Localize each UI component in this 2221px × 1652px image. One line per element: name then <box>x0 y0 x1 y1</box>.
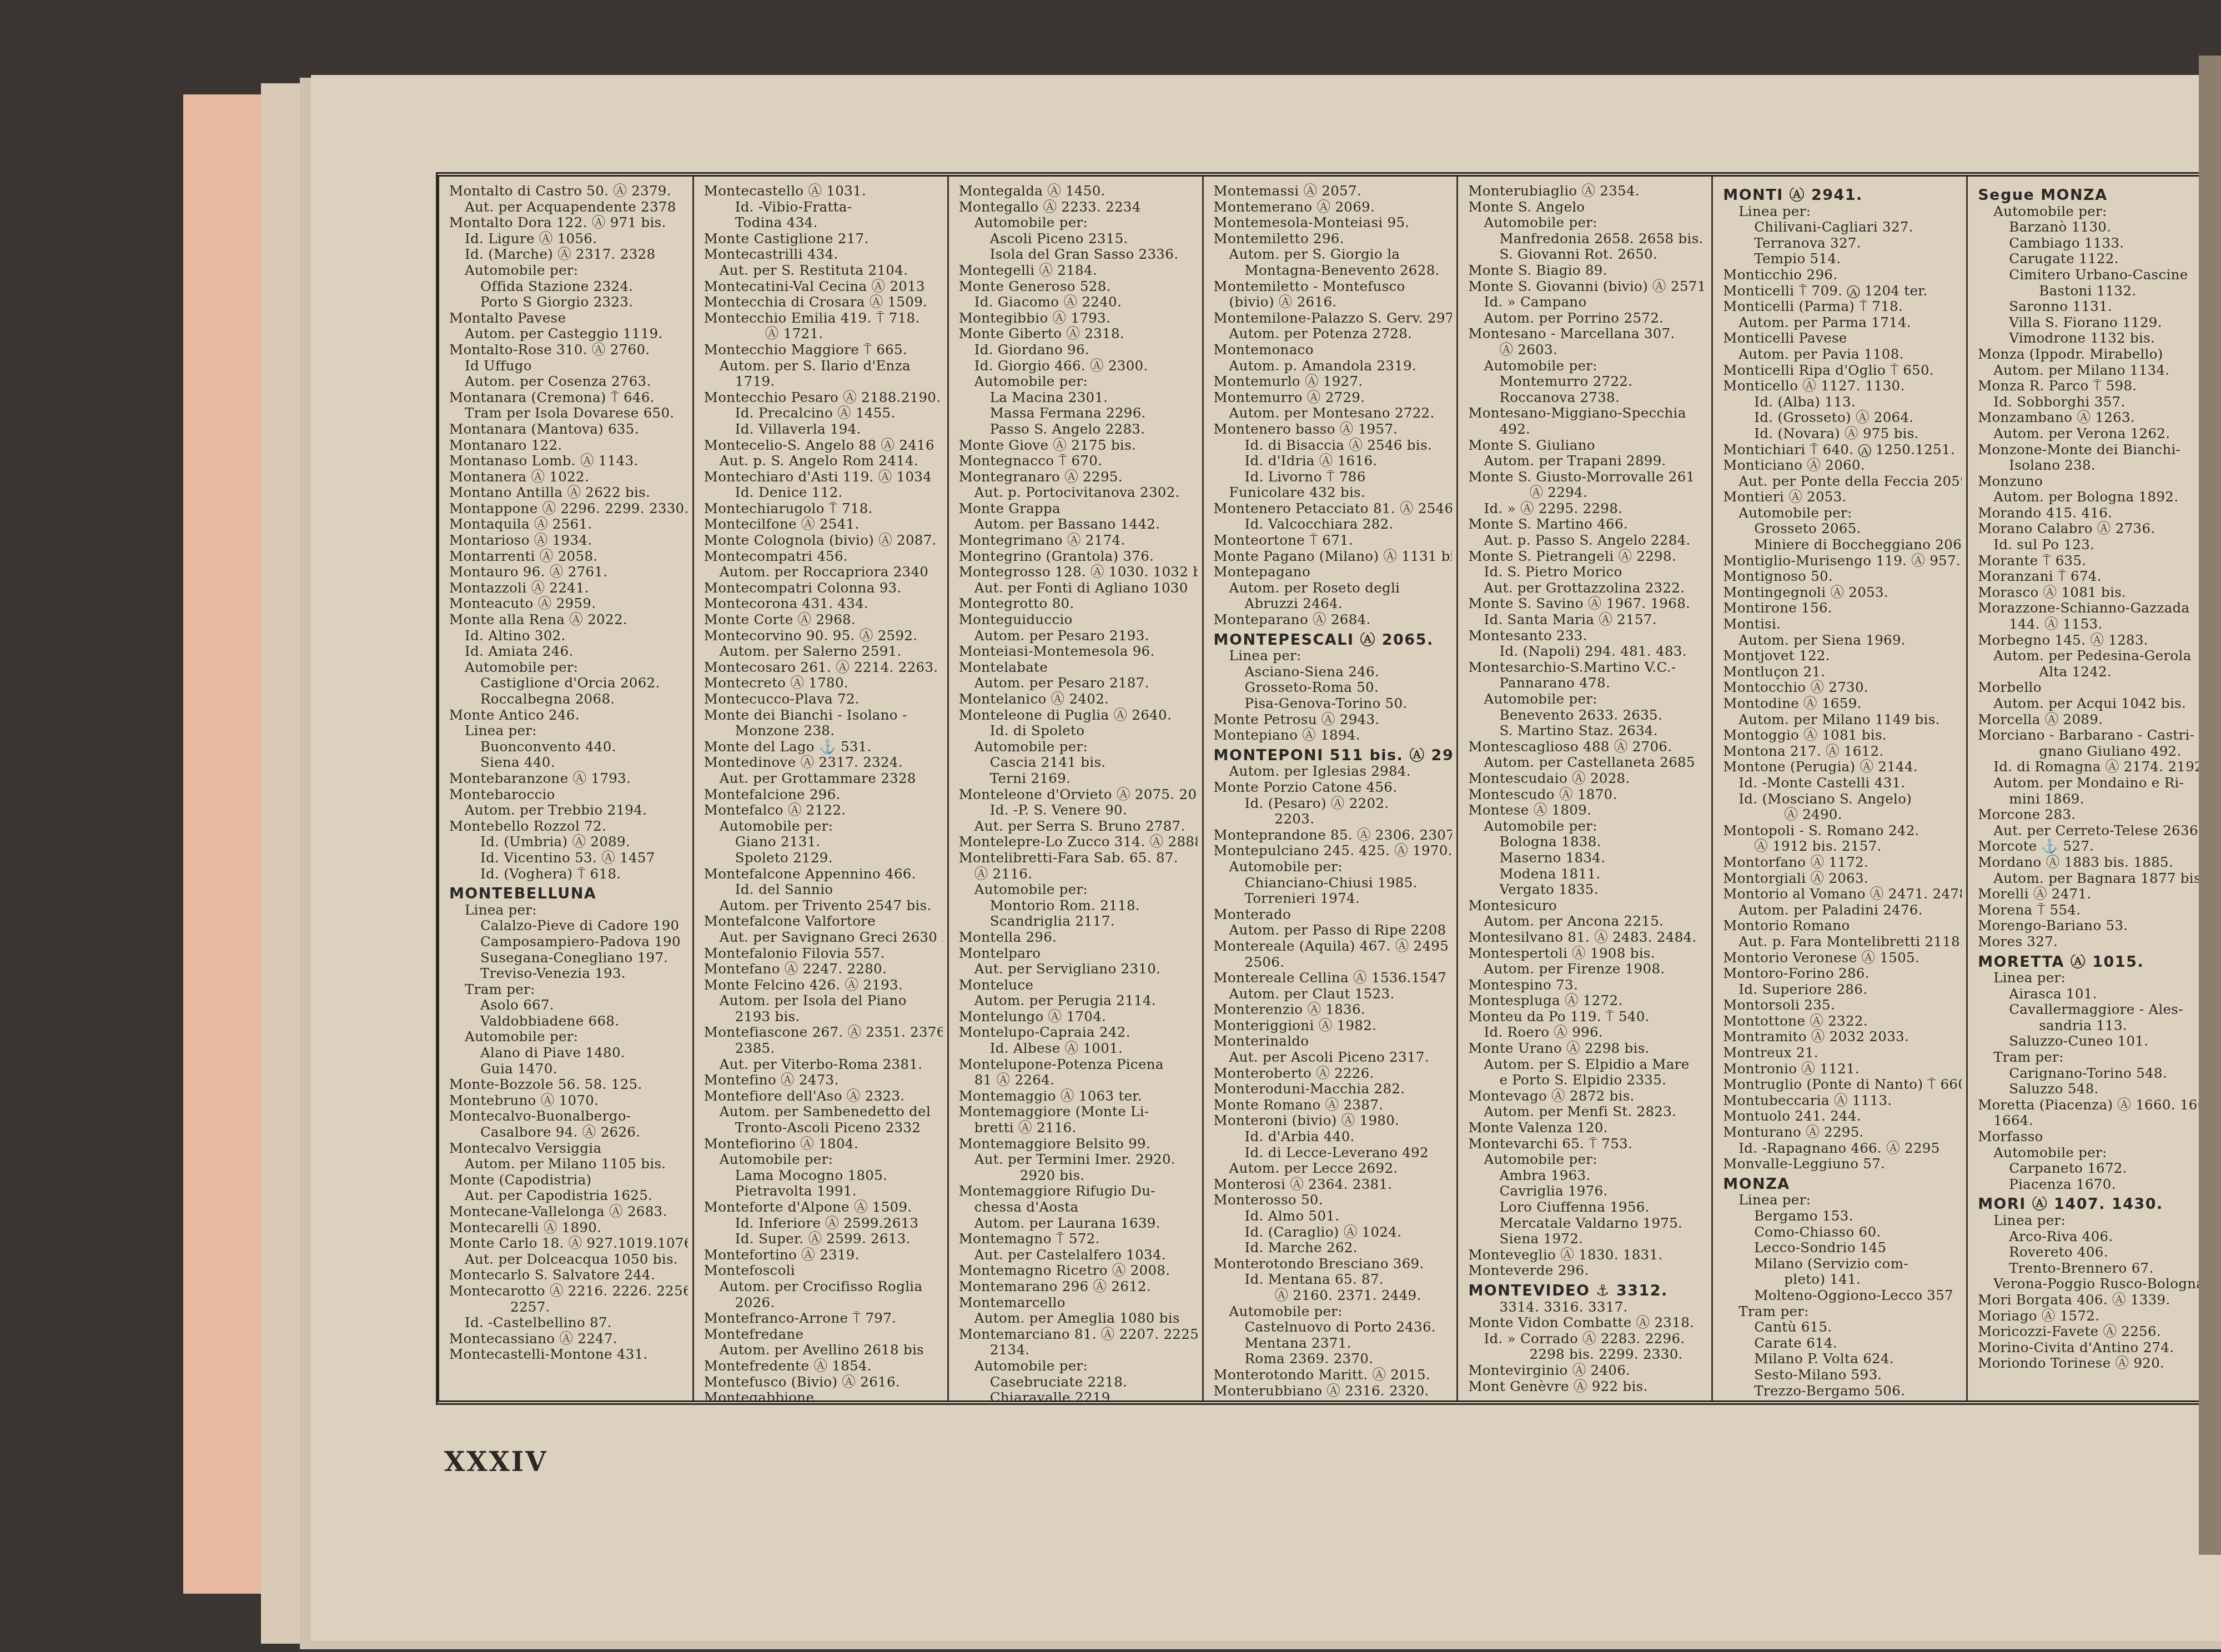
index-entry: Monte (Capodistria) <box>449 1172 688 1188</box>
index-entry: Montronio Ⓐ 1121. <box>1723 1061 1962 1077</box>
index-entry: Castelnuovo di Porto 2436. <box>1214 1319 1453 1335</box>
index-entry: S. Martino Staz. 2634. <box>1468 723 1707 739</box>
index-entry: Aut. per Fonti di Agliano 1030 <box>959 580 1198 596</box>
index-entry: Automobile per: <box>1468 358 1707 374</box>
index-entry: Aut. per Savignano Greci 2630 bis. <box>704 930 943 946</box>
index-entry: e Porto S. Elpidio 2335. <box>1468 1072 1707 1088</box>
index-entry: Abruzzi 2464. <box>1214 596 1453 612</box>
index-entry: Cavriglia 1976. <box>1468 1183 1707 1199</box>
index-entry: Montecchia di Crosara Ⓐ 1509. <box>704 294 943 310</box>
index-entry: Montecelio-S. Angelo 88 Ⓐ 2416 <box>704 438 943 454</box>
index-entry: Automobile per: <box>449 660 688 676</box>
index-entry: Aut. per Ascoli Piceno 2317. <box>1214 1050 1453 1066</box>
index-entry: Montecosaro 261. Ⓐ 2214. 2263. <box>704 660 943 676</box>
index-entry: Montalto-Rose 310. Ⓐ 2760. <box>449 342 688 358</box>
index-entry: Montazzoli Ⓐ 2241. <box>449 580 688 596</box>
index-entry: Autom. per Salerno 2591. <box>704 644 943 660</box>
index-entry: Mori Borgata 406. Ⓐ 1339. <box>1978 1292 2217 1308</box>
index-entry: Montelabate <box>959 660 1198 676</box>
index-column-2: Montecastello Ⓐ 1031.Id. -Vibio-Fratta-T… <box>694 177 949 1400</box>
index-entry: Roccalbegna 2068. <box>449 691 688 707</box>
index-entry: Monte Carlo 18. Ⓐ 927.1019.1076 <box>449 1236 688 1252</box>
index-entry: Montagna-Benevento 2628. <box>1214 263 1453 279</box>
index-entry: Montescudo Ⓐ 1870. <box>1468 787 1707 803</box>
index-entry: Moretta (Piacenza) Ⓐ 1660. 1662. <box>1978 1097 2217 1113</box>
index-entry: Monte Porzio Catone 456. <box>1214 780 1453 796</box>
index-entry: Montignoso 50. <box>1723 569 1962 585</box>
index-entry: Montemiletto 296. <box>1214 231 1453 247</box>
index-entry: Montecorvino 90. 95. Ⓐ 2592. <box>704 628 943 644</box>
index-entry: Morcote ⚓ 527. <box>1978 838 2217 855</box>
index-entry: Montefalco Ⓐ 2122. <box>704 802 943 819</box>
index-entry: Aut. per Grottammare 2328 <box>704 771 943 787</box>
index-heading: MONTI Ⓐ 2941. <box>1723 188 1962 204</box>
index-entry: Automobile per: <box>449 263 688 279</box>
index-entry: Monte S. Giovanni (bivio) Ⓐ 2571 <box>1468 279 1707 295</box>
index-entry: Camposampiero-Padova 190 <box>449 934 688 950</box>
index-entry: Autom. per Firenze 1908. <box>1468 961 1707 977</box>
index-entry: Pisa-Genova-Torino 50. <box>1214 696 1453 712</box>
index-entry: Montemagno Ricetro Ⓐ 2008. <box>959 1263 1198 1279</box>
index-entry: Morelli Ⓐ 2471. <box>1978 886 2217 902</box>
index-entry: Id. Super. Ⓐ 2599. 2613. <box>704 1231 943 1247</box>
index-entry: Morbello <box>1978 680 2217 696</box>
index-entry: Pannarano 478. <box>1468 675 1707 691</box>
index-heading: Segue MONZA <box>1978 188 2217 204</box>
index-entry: Montesarchio-S.Martino V.C.- <box>1468 660 1707 676</box>
index-entry: Autom. per Montesano 2722. <box>1214 405 1453 421</box>
index-entry: Monte Urano Ⓐ 2298 bis. <box>1468 1041 1707 1057</box>
index-entry: Monteriggioni Ⓐ 1982. <box>1214 1018 1453 1034</box>
index-entry: Morbegno 145. Ⓐ 1283. <box>1978 632 2217 649</box>
index-entry: Montelungo Ⓐ 1704. <box>959 1009 1198 1025</box>
index-entry: Montepiano Ⓐ 1894. <box>1214 727 1453 744</box>
index-entry: Autom. per Milano 1105 bis. <box>449 1156 688 1172</box>
index-entry: Montelupone-Potenza Picena <box>959 1057 1198 1073</box>
index-entry: Montespino 73. <box>1468 977 1707 993</box>
index-entry: 81 Ⓐ 2264. <box>959 1072 1198 1088</box>
index-entry: Monticelli Pavese <box>1723 330 1962 347</box>
index-entry: Scandriglia 2117. <box>959 913 1198 930</box>
index-entry: Monte Romano Ⓐ 2387. <box>1214 1097 1453 1113</box>
index-entry: Montenero basso Ⓐ 1957. <box>1214 421 1453 438</box>
index-entry: Automobile per: <box>959 882 1198 898</box>
index-entry: Monteacuto Ⓐ 2959. <box>449 596 688 612</box>
index-entry: Monteleone d'Orvieto Ⓐ 2075. 2097 <box>959 787 1198 803</box>
index-entry: Id. Giorgio 466. Ⓐ 2300. <box>959 358 1198 374</box>
index-entry: Chilivani-Cagliari 327. <box>1723 219 1962 235</box>
index-entry: Cascia 2141 bis. <box>959 755 1198 771</box>
index-entry: 2257. <box>449 1299 688 1315</box>
index-entry: Vimodrone 1132 bis. <box>1978 330 2217 347</box>
index-entry: Loro Ciuffenna 1956. <box>1468 1199 1707 1216</box>
index-entry: Autom. per Mondaino e Ri- <box>1978 775 2217 791</box>
index-entry: S. Giovanni Rot. 2650. <box>1468 247 1707 263</box>
index-entry: Autom. per Verona 1262. <box>1978 426 2217 442</box>
index-entry: Montefiore dell'Aso Ⓐ 2323. <box>704 1088 943 1104</box>
index-entry: Montoro-Forino 286. <box>1723 966 1962 982</box>
index-entry: Morena ⍑ 554. <box>1978 902 2217 918</box>
index-entry: Montemarciano 81. Ⓐ 2207. 2225. <box>959 1327 1198 1343</box>
index-entry: Automobile per: <box>449 1029 688 1045</box>
index-heading: MONTEPESCALI Ⓐ 2065. <box>1214 632 1453 649</box>
index-entry: Villa S. Fiorano 1129. <box>1978 315 2217 331</box>
index-entry: Milano (Servizio com- <box>1723 1256 1962 1272</box>
index-entry: Aut. per Servigliano 2310. <box>959 961 1198 977</box>
index-entry: Monteroni (bivio) Ⓐ 1980. <box>1214 1113 1453 1129</box>
index-entry: Carpaneto 1672. <box>1978 1161 2217 1177</box>
index-entry: Montegnacco ⍑ 670. <box>959 453 1198 469</box>
index-entry: Monza R. Parco ⍑ 598. <box>1978 378 2217 394</box>
index-entry: Montedinove Ⓐ 2317. 2324. <box>704 755 943 771</box>
index-entry: Montanara (Cremona) ⍑ 646. <box>449 390 688 406</box>
index-entry: Monterosi Ⓐ 2364. 2381. <box>1214 1177 1453 1193</box>
index-entry: Id. » Corrado Ⓐ 2283. 2296. <box>1468 1331 1707 1347</box>
index-entry: Id. Albese Ⓐ 1001. <box>959 1041 1198 1057</box>
index-entry: Monte Pagano (Milano) Ⓐ 1131 bis <box>1214 549 1453 565</box>
index-entry: La Macina 2301. <box>959 390 1198 406</box>
index-entry: Montemerano Ⓐ 2069. <box>1214 199 1453 215</box>
index-entry: Id. Livorno ⍑ 786 <box>1214 469 1453 485</box>
index-entry: Montorsoli 235. <box>1723 997 1962 1013</box>
index-entry: Monte Giberto Ⓐ 2318. <box>959 326 1198 342</box>
index-entry: Montereale Cellina Ⓐ 1536.1547 <box>1214 970 1453 986</box>
index-entry: Montefredane <box>704 1327 943 1343</box>
index-entry: Montecassiano Ⓐ 2247. <box>449 1331 688 1347</box>
index-entry: 2920 bis. <box>959 1168 1198 1184</box>
index-entry: Moricozzi-Favete Ⓐ 2256. <box>1978 1324 2217 1340</box>
index-entry: Montecucco-Plava 72. <box>704 691 943 707</box>
index-entry: Id. (Pesaro) Ⓐ 2202. <box>1214 796 1453 812</box>
index-entry: Tram per: <box>449 982 688 998</box>
index-column-6: MONTI Ⓐ 2941.Linea per:Chilivani-Cagliar… <box>1713 177 1968 1400</box>
index-entry: Montodine Ⓐ 1659. <box>1723 696 1962 712</box>
index-entry: Cimitero Urbano-Cascine <box>1978 267 2217 283</box>
index-entry: Benevento 2633. 2635. <box>1468 707 1707 724</box>
index-entry: Morasco Ⓐ 1081 bis. <box>1978 585 2217 601</box>
index-entry: Montese Ⓐ 1809. <box>1468 802 1707 819</box>
index-entry: Aut. per Acquapendente 2378 <box>449 199 688 215</box>
index-entry: Castiglione d'Orcia 2062. <box>449 675 688 691</box>
index-entry: Montecalvo Versiggia <box>449 1141 688 1157</box>
index-entry: Monzuno <box>1978 474 2217 490</box>
index-entry: Id. Santa Maria Ⓐ 2157. <box>1468 612 1707 628</box>
index-entry: Id. (Grosseto) Ⓐ 2064. <box>1723 410 1962 426</box>
index-entry: Siena 1972. <box>1468 1231 1707 1247</box>
index-entry: Linea per: <box>1723 204 1962 220</box>
index-entry: Autom. per Passo di Ripe 2208 <box>1214 922 1453 938</box>
index-entry: Montruglio (Ponte di Nanto) ⍑ 660. <box>1723 1077 1962 1093</box>
index-entry: Grosseto-Roma 50. <box>1214 680 1453 696</box>
index-entry: Monzone 238. <box>704 723 943 739</box>
index-entry: Monterado <box>1214 907 1453 923</box>
index-entry: Montieri Ⓐ 2053. <box>1723 489 1962 505</box>
index-entry: Id. di Spoleto <box>959 723 1198 739</box>
index-entry: Montecastello Ⓐ 1031. <box>704 183 943 199</box>
index-entry: Saluzzo-Cuneo 101. <box>1978 1033 2217 1050</box>
index-entry: Montereale (Aquila) 467. Ⓐ 2495 <box>1214 938 1453 955</box>
index-entry: Autom. per Avellino 2618 bis <box>704 1342 943 1358</box>
index-entry: Montauro 96. Ⓐ 2761. <box>449 564 688 580</box>
index-entry: Mores 327. <box>1978 934 2217 950</box>
index-entry: Montanera Ⓐ 1022. <box>449 469 688 485</box>
index-entry: Trento-Brennero 67. <box>1978 1261 2217 1277</box>
index-entry: Montorgiali Ⓐ 2063. <box>1723 871 1962 887</box>
index-entry: Id Uffugo <box>449 358 688 374</box>
index-entry: Autom. per Parma 1714. <box>1723 315 1962 331</box>
index-entry: Automobile per: <box>1468 1152 1707 1168</box>
index-entry: Autom. per Trivento 2547 bis. <box>704 898 943 914</box>
index-entry: Como-Chiasso 60. <box>1723 1224 1962 1241</box>
index-entry: Automobile per: <box>704 819 943 835</box>
index-entry: Montecreto Ⓐ 1780. <box>704 675 943 691</box>
index-entry: Lecco-Sondrio 145 <box>1723 1240 1962 1256</box>
index-entry: Linea per: <box>1978 1213 2217 1229</box>
index-entry: Aut. p. Fara Montelibretti 2118. <box>1723 934 1962 950</box>
index-entry: Montorio Veronese Ⓐ 1505. <box>1723 950 1962 966</box>
index-entry: Monteroberto Ⓐ 2226. <box>1214 1066 1453 1082</box>
index-entry: Milano P. Volta 624. <box>1723 1351 1962 1367</box>
index-entry: Airasca 101. <box>1978 986 2217 1002</box>
index-entry: Montecalvo-Buonalbergo- <box>449 1108 688 1124</box>
index-entry: Montemiletto - Montefusco <box>1214 279 1453 295</box>
index-entry: Montegrino (Grantola) 376. <box>959 549 1198 565</box>
index-entry: Aut. per Termini Imer. 2920. <box>959 1152 1198 1168</box>
index-entry: Montocchio Ⓐ 2730. <box>1723 680 1962 696</box>
index-entry: Ⓐ 2116. <box>959 866 1198 882</box>
index-entry: Id. di Bisaccia Ⓐ 2546 bis. <box>1214 438 1453 454</box>
index-entry: Montesano - Marcellana 307. <box>1468 326 1707 342</box>
index-entry: Monticelli Ripa d'Oglio ⍑ 650. <box>1723 363 1962 379</box>
index-entry: Monterubiaglio Ⓐ 2354. <box>1468 183 1707 199</box>
index-entry: 144. Ⓐ 1153. <box>1978 616 2217 632</box>
index-entry: Monte S. Biagio 89. <box>1468 263 1707 279</box>
index-entry: Ⓐ 2490. <box>1723 807 1962 823</box>
index-entry: Saluzzo 548. <box>1978 1081 2217 1097</box>
index-entry: Monzone-Monte dei Bianchi- <box>1978 442 2217 458</box>
index-entry: Vergato 1835. <box>1468 882 1707 898</box>
index-entry: Montefiorino Ⓐ 1804. <box>704 1136 943 1152</box>
index-entry: Montalto Dora 122. Ⓐ 971 bis. <box>449 215 688 231</box>
index-entry: Id. sul Po 123. <box>1978 537 2217 553</box>
index-entry: Montanara (Mantova) 635. <box>449 421 688 438</box>
index-entry: Cantù 615. <box>1723 1319 1962 1335</box>
index-frame: Montalto di Castro 50. Ⓐ 2379.Aut. per A… <box>436 172 2221 1405</box>
index-entry: Montevarchi 65. ⍑ 753. <box>1468 1136 1707 1152</box>
index-entry: Linea per: <box>1214 648 1453 664</box>
index-entry: Montepulciano 245. 425. Ⓐ 1970. <box>1214 843 1453 859</box>
index-entry: Autom. per Roccapriora 2340 <box>704 564 943 580</box>
index-entry: Id. » Campano <box>1468 294 1707 310</box>
index-entry: Isolano 238. <box>1978 458 2217 474</box>
index-entry: Tram per: <box>1723 1304 1962 1320</box>
index-entry: Montecatini-Val Cecina Ⓐ 2013 <box>704 279 943 295</box>
index-entry: Barzanò 1130. <box>1978 219 2217 235</box>
index-entry: Automobile per: <box>1214 1304 1453 1320</box>
index-entry: Bergamo 153. <box>1723 1208 1962 1224</box>
index-entry: Autom. per Acqui 1042 bis. <box>1978 696 2217 712</box>
index-entry: Montottone Ⓐ 2322. <box>1723 1013 1962 1030</box>
index-entry: Autom. per Casteggio 1119. <box>449 326 688 342</box>
index-entry: 1719. <box>704 374 943 390</box>
index-entry: Id. -Monte Castelli 431. <box>1723 775 1962 791</box>
index-entry: 2298 bis. 2299. 2330. <box>1468 1347 1707 1363</box>
index-entry: Monteveglio Ⓐ 1830. 1831. <box>1468 1247 1707 1263</box>
index-entry: Monte Castiglione 217. <box>704 231 943 247</box>
index-heading: MONTEPONI 511 bis. Ⓐ 2983. <box>1214 748 1453 764</box>
index-entry: Morciano - Barbarano - Castri- <box>1978 727 2217 744</box>
index-entry: Monteguiduccio <box>959 612 1198 628</box>
index-entry: gnano Giuliano 492. <box>1978 744 2217 760</box>
index-entry: Tram per Isola Dovarese 650. <box>449 405 688 421</box>
index-entry: Monticello Ⓐ 1127. 1130. <box>1723 378 1962 394</box>
index-entry: Autom. per Pesaro 2187. <box>959 675 1198 691</box>
index-entry: Autom. per Paladini 2476. <box>1723 902 1962 918</box>
index-entry: Montanaro 122. <box>449 438 688 454</box>
index-entry: Alta 1242. <box>1978 664 2217 680</box>
index-entry: Treviso-Venezia 193. <box>449 966 688 982</box>
index-entry: Montecompatri 456. <box>704 549 943 565</box>
index-entry: Montecane-Vallelonga Ⓐ 2683. <box>449 1204 688 1220</box>
index-entry: Monte Vidon Combatte Ⓐ 2318. <box>1468 1315 1707 1331</box>
index-entry: Montepagano <box>1214 564 1453 580</box>
index-entry: Rovereto 406. <box>1978 1244 2217 1261</box>
index-entry: Montegallo Ⓐ 2233. 2234 <box>959 199 1198 215</box>
index-entry: Id. (Voghera) ⍑ 618. <box>449 866 688 882</box>
index-entry: Offida Stazione 2324. <box>449 279 688 295</box>
index-entry: Id. (Alba) 113. <box>1723 394 1962 410</box>
index-entry: Funicolare 432 bis. <box>1214 485 1453 501</box>
index-entry: Id. Altino 302. <box>449 628 688 644</box>
index-entry: Ambra 1963. <box>1468 1168 1707 1184</box>
index-entry: Chiaravalle 2219. <box>959 1390 1198 1400</box>
index-entry: Autom. per S. Giorgio la <box>1214 247 1453 263</box>
index-entry: Chianciano-Chiusi 1985. <box>1214 875 1453 891</box>
index-entry: Monteforte d'Alpone Ⓐ 1509. <box>704 1199 943 1216</box>
index-entry: Valdobbiadene 668. <box>449 1013 688 1030</box>
index-entry: Trezzo-Bergamo 506. <box>1723 1383 1962 1399</box>
index-entry: Montemilone-Palazzo S. Gerv. 297 <box>1214 310 1453 327</box>
index-entry: Automobile per: <box>1978 1145 2217 1161</box>
index-entry: Monte Generoso 528. <box>959 279 1198 295</box>
index-entry: Autom. per Castellaneta 2685 <box>1468 755 1707 771</box>
index-entry: Autom. per S. Elpidio a Mare <box>1468 1057 1707 1073</box>
index-entry: Aut. p. S. Angelo Rom 2414. <box>704 453 943 469</box>
index-entry: Monvalle-Leggiuno 57. <box>1723 1156 1962 1172</box>
index-entry: Id. Almo 501. <box>1214 1208 1453 1224</box>
index-entry: Mentana 2371. <box>1214 1335 1453 1352</box>
index-entry: Autom. per Crocifisso Roglia <box>704 1279 943 1295</box>
index-entry: Montescaglioso 488 Ⓐ 2706. <box>1468 739 1707 755</box>
index-entry: Montecarelli Ⓐ 1890. <box>449 1220 688 1236</box>
index-entry: Autom. per Lecce 2692. <box>1214 1161 1453 1177</box>
index-entry: Ⓐ 1912 bis. 2157. <box>1723 838 1962 855</box>
index-entry: Montefiascone 267. Ⓐ 2351. 2376. <box>704 1025 943 1041</box>
index-entry: Montecompatri Colonna 93. <box>704 580 943 596</box>
index-entry: Id. d'Idria Ⓐ 1616. <box>1214 453 1453 469</box>
index-entry: Montjovet 122. <box>1723 648 1962 664</box>
index-entry: Monteverde 296. <box>1468 1263 1707 1279</box>
index-entry: Montanaso Lomb. Ⓐ 1143. <box>449 453 688 469</box>
index-entry: Montecchio Emilia 419. ⍑ 718. <box>704 310 943 327</box>
index-entry: Montingegnoli Ⓐ 2053. <box>1723 585 1962 601</box>
index-entry: Aut. per Dolceacqua 1050 bis. <box>449 1252 688 1268</box>
index-entry: Montesilvano 81. Ⓐ 2483. 2484. <box>1468 930 1707 946</box>
index-entry: Montegrotto 80. <box>959 596 1198 612</box>
index-entry: Monteleone di Puglia Ⓐ 2640. <box>959 707 1198 724</box>
index-entry: Autom. per Pedesina-Gerola <box>1978 648 2217 664</box>
index-entry: Giano 2131. <box>704 834 943 850</box>
index-entry: Id. Giordano 96. <box>959 342 1198 358</box>
index-entry: Id. S. Pietro Morico <box>1468 564 1707 580</box>
index-entry: Id. Superiore 286. <box>1723 982 1962 998</box>
index-entry: Spoleto 2129. <box>704 850 943 866</box>
index-entry: Automobile per: <box>704 1152 943 1168</box>
index-entry: Monte Petrosu Ⓐ 2943. <box>1214 712 1453 728</box>
index-entry: Alano di Piave 1480. <box>449 1045 688 1061</box>
index-entry: Montichiari ⍑ 640. Ⓐ 1250.1251. <box>1723 442 1962 458</box>
index-entry: Autom. per Cosenza 2763. <box>449 374 688 390</box>
index-entry: Id. Precalcino Ⓐ 1455. <box>704 405 943 421</box>
index-entry: Id. » Ⓐ 2295. 2298. <box>1468 501 1707 517</box>
index-entry: Mont Genèvre Ⓐ 922 bis. <box>1468 1379 1707 1395</box>
index-entry: Modena 1811. <box>1468 866 1707 882</box>
index-entry: Aut. per Grottazzolina 2322. <box>1468 580 1707 596</box>
index-entry: Monte dei Bianchi - Isolano - <box>704 707 943 724</box>
index-entry: Montebaroccio <box>449 787 688 803</box>
index-entry: Montorfano Ⓐ 1172. <box>1723 855 1962 871</box>
index-entry: Montemonaco <box>1214 342 1453 358</box>
index-entry: Montegalda Ⓐ 1450. <box>959 183 1198 199</box>
index-entry: Montalto Pavese <box>449 310 688 327</box>
index-entry: Cavallermaggiore - Ales- <box>1978 1002 2217 1018</box>
index-entry: Guia 1470. <box>449 1061 688 1077</box>
index-entry: Montelparo <box>959 946 1198 962</box>
book-edge <box>2199 56 2221 1555</box>
index-entry: Roma 2369. 2370. <box>1214 1351 1453 1367</box>
index-entry: Id. (Marche) Ⓐ 2317. 2328 <box>449 247 688 263</box>
index-entry: Monticelli ⍑ 709. Ⓐ 1204 ter. <box>1723 283 1962 299</box>
index-entry: Id. Denice 112. <box>704 485 943 501</box>
index-entry: Montelupo-Capraia 242. <box>959 1025 1198 1041</box>
index-entry: Montefalcone Appennino 466. <box>704 866 943 882</box>
index-entry: Montebello Rozzol 72. <box>449 819 688 835</box>
index-entry: Id. (Caraglio) Ⓐ 1024. <box>1214 1224 1453 1241</box>
index-entry: Linea per: <box>449 723 688 739</box>
index-entry: 3314. 3316. 3317. <box>1468 1299 1707 1315</box>
index-entry: Lama Mocogno 1805. <box>704 1168 943 1184</box>
index-entry: Todina 434. <box>704 215 943 231</box>
index-entry: Monteortone ⍑ 671. <box>1214 533 1453 549</box>
index-entry: Id. Sobborghi 357. <box>1978 394 2217 410</box>
index-entry: Montevirginio Ⓐ 2406. <box>1468 1363 1707 1379</box>
index-entry: Aut. per Serra S. Bruno 2787. <box>959 819 1198 835</box>
index-entry: Miniere di Boccheggiano 2066. <box>1723 537 1962 553</box>
index-entry: Montemassi Ⓐ 2057. <box>1214 183 1453 199</box>
index-entry: Terranova 327. <box>1723 235 1962 252</box>
index-entry: Tram per: <box>1978 1050 2217 1066</box>
index-entry: Id. Amiata 246. <box>449 644 688 660</box>
index-entry: Montegrosso 128. Ⓐ 1030. 1032 bis <box>959 564 1198 580</box>
index-entry: Saronno 1131. <box>1978 299 2217 315</box>
index-entry: Id. (Umbria) Ⓐ 2089. <box>449 834 688 850</box>
index-entry: Montesanto 233. <box>1468 628 1707 644</box>
index-entry: Autom. per Milano 1149 bis. <box>1723 712 1962 728</box>
index-entry: Id. Vicentino 53. Ⓐ 1457 <box>449 850 688 866</box>
index-entry: Autom. per Isola del Piano <box>704 993 943 1009</box>
index-entry: Autom. per Ancona 2215. <box>1468 913 1707 930</box>
index-entry: Ⓐ 2294. <box>1468 485 1707 501</box>
